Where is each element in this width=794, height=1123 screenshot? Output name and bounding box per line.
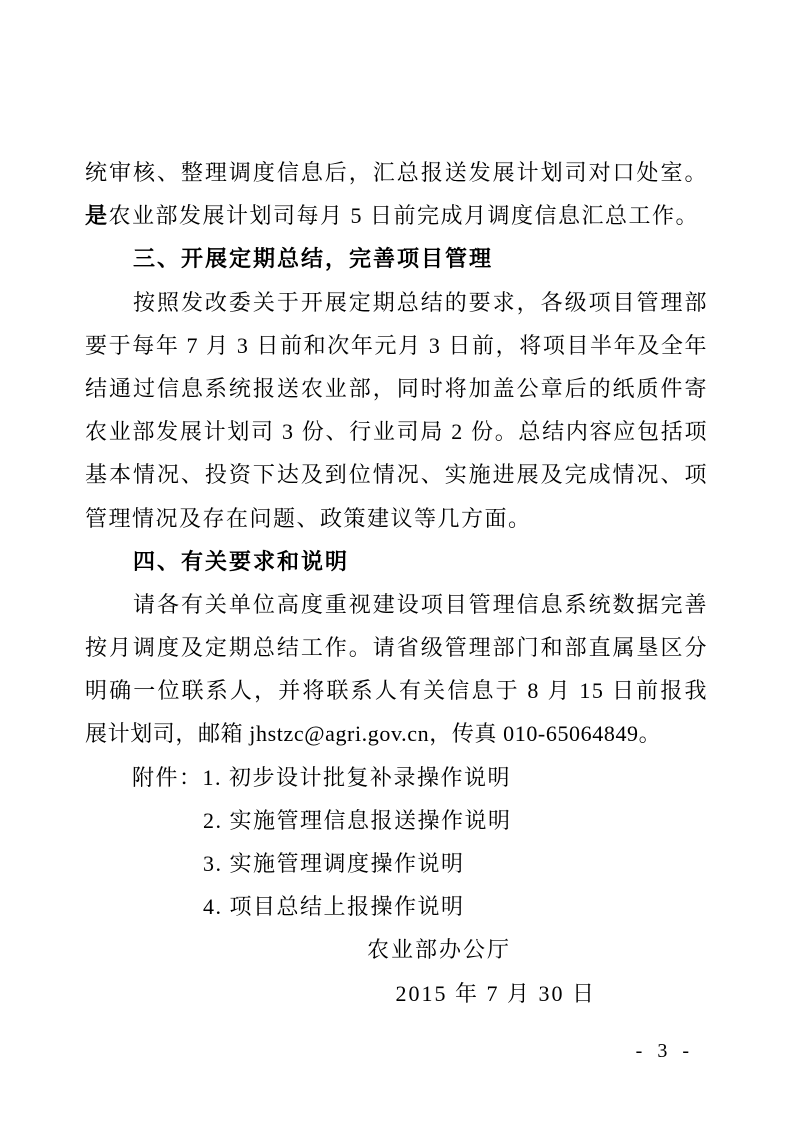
- section-heading-3: 三、开展定期总结，完善项目管理: [85, 237, 708, 280]
- paragraph-line: 按照发改委关于开展定期总结的要求，各级项目管理部门，: [85, 281, 708, 324]
- section-heading-4: 四、有关要求和说明: [85, 540, 708, 583]
- paragraph-line: 请各有关单位高度重视建设项目管理信息系统数据完善和: [85, 583, 708, 626]
- attachment-item: 3. 实施管理调度操作说明: [85, 842, 708, 885]
- page-number: - 3 -: [636, 1040, 694, 1063]
- attachment-item: 4. 项目总结上报操作说明: [85, 885, 708, 928]
- bold-enumerator: 是: [85, 203, 109, 228]
- paragraph-line: 是农业部发展计划司每月 5 日前完成月调度信息汇总工作。: [85, 194, 708, 237]
- attachment-item: 1. 初步设计批复补录操作说明: [203, 765, 512, 790]
- paragraph-line-contact: 展计划司，邮箱 jhstzc@agri.gov.cn，传真 010-650648…: [85, 712, 708, 755]
- paragraph-line: 管理情况及存在问题、政策建议等几方面。: [85, 497, 708, 540]
- paragraph-line: 要于每年 7 月 3 日前和次年元月 3 日前，将项目半年及全年总: [85, 324, 708, 367]
- attachments-label: 附件：: [132, 765, 203, 790]
- body-text: 统审核、整理调度信息后，汇总报送发展计划司对口处室。: [85, 160, 708, 185]
- paragraph-line: 农业部发展计划司 3 份、行业司局 2 份。总结内容应包括项目: [85, 410, 708, 453]
- attachments-line: 附件：1. 初步设计批复补录操作说明: [85, 756, 708, 799]
- paragraph-line: 统审核、整理调度信息后，汇总报送发展计划司对口处室。三: [85, 151, 708, 194]
- document-body: 统审核、整理调度信息后，汇总报送发展计划司对口处室。三 是农业部发展计划司每月 …: [85, 151, 708, 1015]
- signature-date: 2015 年 7 月 30 日: [85, 972, 708, 1015]
- paragraph-line: 明确一位联系人，并将联系人有关信息于 8 月 15 日前报我部发: [85, 669, 708, 712]
- paragraph-line: 按月调度及定期总结工作。请省级管理部门和部直属垦区分别: [85, 626, 708, 669]
- attachment-item: 2. 实施管理信息报送操作说明: [85, 799, 708, 842]
- document-page: 统审核、整理调度信息后，汇总报送发展计划司对口处室。三 是农业部发展计划司每月 …: [0, 0, 794, 1123]
- paragraph-line: 结通过信息系统报送农业部，同时将加盖公章后的纸质件寄送: [85, 367, 708, 410]
- signature-signer: 农业部办公厅: [85, 928, 708, 971]
- paragraph-line: 基本情况、投资下达及到位情况、实施进展及完成情况、项目: [85, 453, 708, 496]
- body-text: 农业部发展计划司每月 5 日前完成月调度信息汇总工作。: [109, 203, 700, 228]
